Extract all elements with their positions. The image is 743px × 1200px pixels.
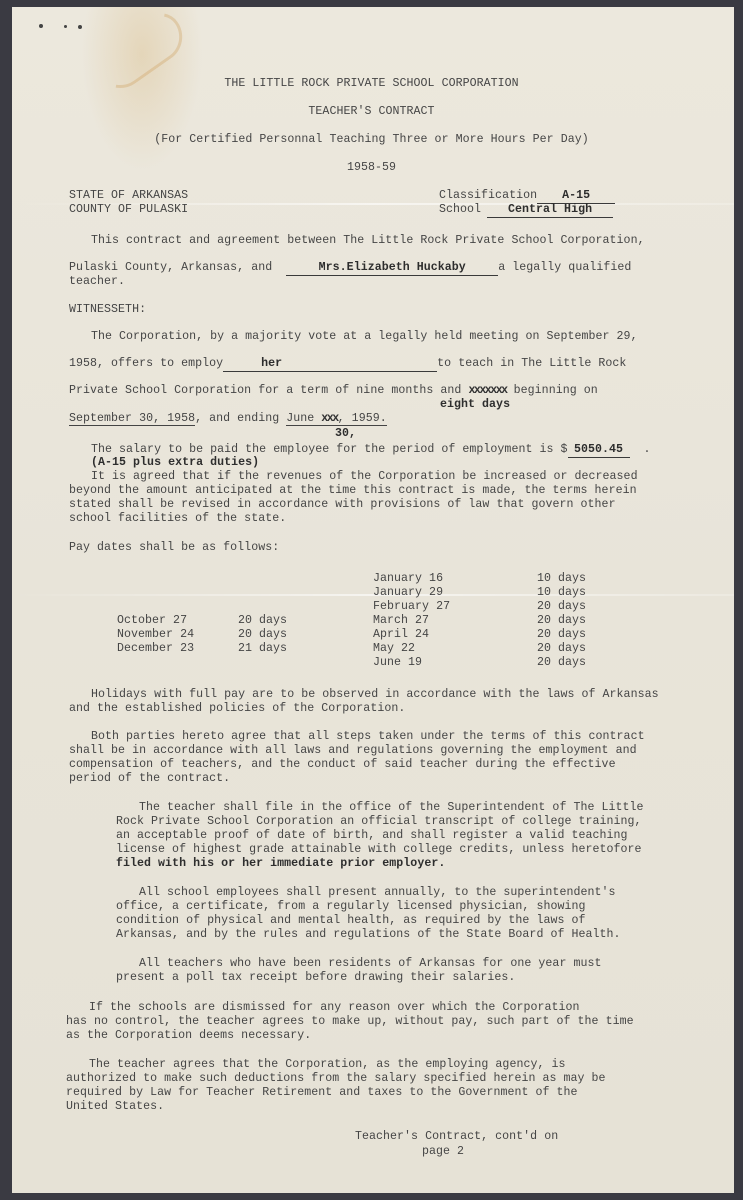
salary-period: . (644, 443, 651, 456)
document-title: TEACHER'S CONTRACT (0, 105, 743, 119)
pay-date: May 22 (373, 642, 415, 656)
transcript-clause-line: an acceptable proof of date of birth, an… (116, 829, 628, 843)
terms-line-4-mid: , and ending (195, 412, 279, 425)
poll-tax-clause-line: All teachers who have been residents of … (139, 957, 602, 971)
struck-text: xxxxxxx (468, 384, 506, 397)
end-date: June xxx, 1959. (286, 412, 386, 426)
salary-note: (A-15 plus extra duties) (91, 456, 259, 470)
witnesseth-heading: WITNESSETH: (69, 303, 146, 317)
pay-date: October 27 (117, 614, 187, 628)
holidays-clause-line: Holidays with full pay are to be observe… (91, 688, 659, 702)
employ-value-text: her (261, 357, 282, 370)
pay-date: June 19 (373, 656, 422, 670)
pay-days: 20 days (238, 628, 287, 642)
deductions-clause-line: authorized to make such deductions from … (66, 1072, 606, 1086)
teacher-name: Mrs.Elizabeth Huckaby (286, 261, 498, 276)
transcript-clause-line: The teacher shall file in the office of … (139, 801, 644, 815)
start-date: September 30, 1958 (69, 412, 195, 426)
employ-value: her (223, 357, 437, 372)
revenue-clause-line: stated shall be revised in accordance wi… (69, 498, 616, 512)
classification-label: Classification (439, 189, 537, 202)
end-year: , 1959. (338, 412, 387, 425)
pay-dates-intro: Pay dates shall be as follows: (69, 541, 279, 555)
inserted-term-length: eight days (440, 398, 510, 412)
school-value: Central High (487, 203, 613, 218)
school-label: School (439, 203, 481, 216)
transcript-clause-line: license of highest grade attainable with… (116, 843, 642, 857)
compliance-clause-line: compensation of teachers, and the conduc… (69, 758, 616, 772)
pay-days: 20 days (537, 600, 586, 614)
intro-suffix: a legally qualified (498, 261, 631, 274)
terms-line-3: Private School Corporation for a term of… (69, 384, 598, 398)
end-month: June (286, 412, 314, 425)
terms-line-3-prefix: Private School Corporation for a term of… (69, 384, 461, 397)
pay-date: February 27 (373, 600, 450, 614)
pay-date: January 29 (373, 586, 443, 600)
intro-line-1: This contract and agreement between The … (91, 234, 645, 248)
revenue-clause-line: beyond the amount anticipated at the tim… (69, 484, 637, 498)
classification-value: A-15 (537, 189, 615, 204)
end-day-struck: xxx (321, 412, 337, 425)
transcript-clause-line: filed with his or her immediate prior em… (116, 857, 445, 871)
salary-currency: $ (561, 443, 568, 456)
compliance-clause-line: shall be in accordance with all laws and… (69, 744, 637, 758)
intro-line-2: Pulaski County, Arkansas, and Mrs.Elizab… (69, 261, 631, 276)
pay-days: 20 days (537, 642, 586, 656)
health-clause-line: condition of physical and mental health,… (116, 914, 586, 928)
organization-title: THE LITTLE ROCK PRIVATE SCHOOL CORPORATI… (0, 77, 743, 91)
punch-hole (39, 24, 43, 28)
contract-year: 1958-59 (0, 161, 743, 175)
deductions-clause-line: United States. (66, 1100, 164, 1114)
pay-date: December 23 (117, 642, 194, 656)
compliance-clause-line: period of the contract. (69, 772, 230, 786)
school-row: SchoolCentral High (439, 203, 613, 218)
holidays-clause-line: and the established policies of the Corp… (69, 702, 405, 716)
pay-days: 20 days (537, 656, 586, 670)
classification-row: ClassificationA-15 (439, 189, 615, 204)
continuation-note: Teacher's Contract, cont'd on (355, 1130, 558, 1144)
health-clause-line: office, a certificate, from a regularly … (116, 900, 586, 914)
dismissal-clause-line: as the Corporation deems necessary. (66, 1029, 311, 1043)
pay-date: January 16 (373, 572, 443, 586)
poll-tax-clause-line: present a poll tax receipt before drawin… (116, 971, 515, 985)
document-subtitle: (For Certified Personnal Teaching Three … (0, 133, 743, 147)
dismissal-clause-line: has no control, the teacher agrees to ma… (66, 1015, 634, 1029)
intro-prefix: Pulaski County, Arkansas, and (69, 261, 272, 274)
terms-line-4: September 30, 1958, and ending June xxx,… (69, 412, 387, 426)
intro-line-3: teacher. (69, 275, 125, 289)
terms-line-1: The Corporation, by a majority vote at a… (91, 330, 638, 344)
page-indicator: page 2 (422, 1145, 464, 1159)
salary-amount: 5050.45 (568, 443, 630, 458)
deductions-clause-line: required by Law for Teacher Retirement a… (66, 1086, 578, 1100)
state-label: STATE OF ARKANSAS (69, 189, 188, 203)
pay-days: 20 days (537, 614, 586, 628)
punch-hole (64, 25, 67, 28)
deductions-clause-line: The teacher agrees that the Corporation,… (89, 1058, 566, 1072)
pay-days: 21 days (238, 642, 287, 656)
pay-days: 10 days (537, 572, 586, 586)
transcript-clause-line: Rock Private School Corporation an offic… (116, 815, 642, 829)
revenue-clause-line: school facilities of the state. (69, 512, 286, 526)
pay-days: 20 days (537, 628, 586, 642)
inserted-end-day: 30, (335, 427, 356, 441)
terms-line-2-suffix: to teach in The Little Rock (437, 357, 626, 370)
pay-date: March 27 (373, 614, 429, 628)
pay-date: April 24 (373, 628, 429, 642)
pay-date: November 24 (117, 628, 194, 642)
pay-days: 10 days (537, 586, 586, 600)
county-label: COUNTY OF PULASKI (69, 203, 188, 217)
health-clause-line: Arkansas, and by the rules and regulatio… (116, 928, 621, 942)
compliance-clause-line: Both parties hereto agree that all steps… (91, 730, 645, 744)
punch-hole (78, 25, 82, 29)
terms-line-3-suffix: beginning on (514, 384, 598, 397)
terms-line-2-prefix: 1958, offers to employ (69, 357, 223, 370)
dismissal-clause-line: If the schools are dismissed for any rea… (89, 1001, 580, 1015)
salary-text: The salary to be paid the employee for t… (91, 443, 554, 456)
revenue-clause-line: It is agreed that if the revenues of the… (91, 470, 638, 484)
terms-line-2: 1958, offers to employherto teach in The… (69, 357, 626, 372)
health-clause-line: All school employees shall present annua… (139, 886, 616, 900)
pay-days: 20 days (238, 614, 287, 628)
